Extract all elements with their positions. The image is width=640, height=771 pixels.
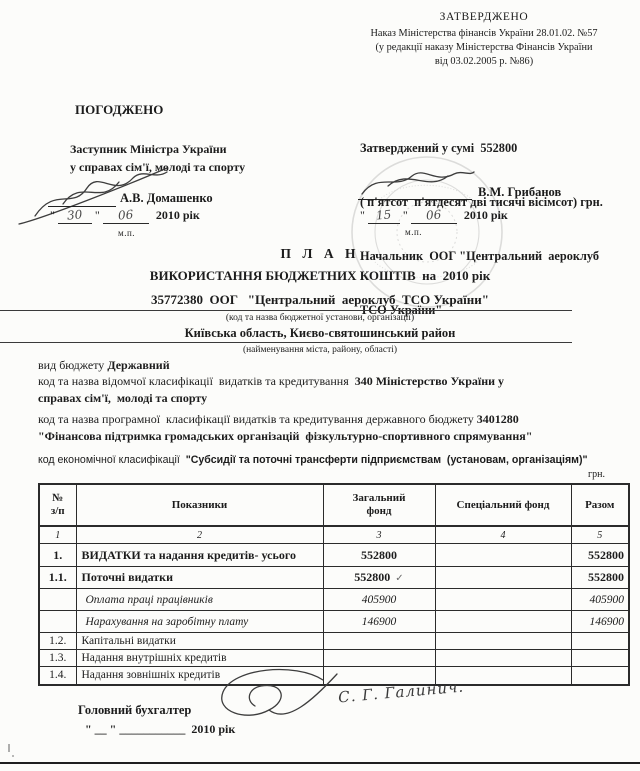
header-num-line2: з/п xyxy=(41,505,75,518)
budget-type-value: Державний xyxy=(107,358,169,372)
cell-general: 146900 xyxy=(323,611,435,633)
cell-general: 552800 xyxy=(323,544,435,567)
organization-line: 35772380 ООГ "Центральний аероклуб ТСО У… xyxy=(0,292,640,308)
agreed-position-line1: Заступник Міністра України xyxy=(70,140,245,158)
cell-indicator: Поточні видатки xyxy=(76,567,323,589)
location-line: Київська область, Києво-святошинський ра… xyxy=(0,326,640,341)
sum-month-handwritten: 06 xyxy=(426,207,442,222)
cell-num xyxy=(39,611,76,633)
col-number: 5 xyxy=(571,526,629,544)
header-general-fund: Загальний фонд xyxy=(323,484,435,526)
prog-class-value-line2: "Фінансова підтримка громадських організ… xyxy=(38,429,628,444)
cell-num-value: 1. xyxy=(53,548,62,562)
cell-num xyxy=(39,589,76,611)
cell-indicator-value: Нарахування на заробітну плату xyxy=(86,616,249,628)
sum-year-label: 2010 рік xyxy=(464,208,508,222)
quote: " xyxy=(403,208,408,222)
cell-num-value: 1.3. xyxy=(49,652,66,664)
cell-total xyxy=(571,650,629,667)
agreed-signatory-name: А.В. Домашенко xyxy=(120,191,213,206)
header-num-line1: № xyxy=(41,492,75,505)
cell-total xyxy=(571,667,629,685)
cell-total: 552800 xyxy=(571,544,629,567)
cell-general-value: 146900 xyxy=(362,616,397,628)
cell-num-value: 1.1. xyxy=(49,570,67,584)
cell-total-value: 146900 xyxy=(590,616,625,628)
header-total: Разом xyxy=(571,484,629,526)
accountant-date-line: " __ " ___________ 2010 рік xyxy=(85,722,235,737)
table-row: 1.2.Капітальні видатки xyxy=(39,633,629,650)
accountant-label: Головний бухгалтер xyxy=(78,703,191,718)
cell-total-value: 405900 xyxy=(590,594,625,606)
cell-indicator: Оплата праці працівників xyxy=(76,589,323,611)
accountant-signature xyxy=(195,666,350,724)
table-header-row: № з/п Показники Загальний фонд Спеціальн… xyxy=(39,484,629,526)
agreed-seal-label: м.п. xyxy=(118,228,135,238)
cell-special xyxy=(435,633,571,650)
quote: " xyxy=(50,208,55,222)
col-number: 4 xyxy=(435,526,571,544)
cell-num: 1.1. xyxy=(39,567,76,589)
header-special-fund: Спеціальний фонд xyxy=(435,484,571,526)
document-subtitle: ВИКОРИСТАННЯ БЮДЖЕТНИХ КОШТІВ на 2010 рі… xyxy=(0,268,640,284)
sum-signatory-name: В.М. Грибанов xyxy=(478,185,561,200)
cell-num-value: 1.2. xyxy=(49,635,66,647)
cell-general: 405900 xyxy=(323,589,435,611)
organization-caption: (код та назва бюджетної установи, органі… xyxy=(0,313,640,323)
cell-total: 405900 xyxy=(571,589,629,611)
col-number: 1 xyxy=(39,526,76,544)
cell-total xyxy=(571,633,629,650)
cell-general xyxy=(323,633,435,650)
dept-class-label: код та назва відомчої класифікації видат… xyxy=(38,374,355,388)
cell-general: 552800✓ xyxy=(323,567,435,589)
prog-class-value: 3401280 xyxy=(477,412,519,426)
cell-indicator: ВИДАТКИ та надання кредитів- усього xyxy=(76,544,323,567)
budget-type-line: вид бюджету Державний xyxy=(38,358,628,373)
cell-special xyxy=(435,567,571,589)
econ-class-label: код економічної класифікації xyxy=(38,454,186,466)
cell-num: 1.3. xyxy=(39,650,76,667)
prog-class-line: код та назва програмної класифікації вид… xyxy=(38,412,628,427)
header-indicators: Показники xyxy=(76,484,323,526)
sum-signature-line xyxy=(358,199,472,200)
currency-note: грн. xyxy=(588,469,605,480)
agreed-day-handwritten: 30 xyxy=(67,207,83,222)
cell-num: 1.2. xyxy=(39,633,76,650)
cell-special xyxy=(435,544,571,567)
sum-day-handwritten: 15 xyxy=(376,207,392,222)
budget-type-label: вид бюджету xyxy=(38,358,107,372)
sum-signature xyxy=(358,166,480,200)
header-general-fund-label: Загальний фонд xyxy=(344,492,414,518)
table-row: Оплата праці працівників405900405900 xyxy=(39,589,629,611)
cell-general-value: 552800 xyxy=(361,548,397,562)
location-caption: (найменування міста, району, області) xyxy=(0,345,640,355)
col-number: 2 xyxy=(76,526,323,544)
cell-indicator-value: Оплата праці працівників xyxy=(86,594,213,606)
agreed-year-label: 2010 рік xyxy=(156,208,200,222)
cell-indicator: Нарахування на заробітну плату xyxy=(76,611,323,633)
agreed-month-underline: 06 xyxy=(103,208,149,224)
location-rule xyxy=(0,342,572,343)
table-row: 1.1.Поточні видатки552800✓552800 xyxy=(39,567,629,589)
document-title: П Л А Н xyxy=(0,246,640,262)
column-number-row: 1 2 3 4 5 xyxy=(39,526,629,544)
header-num: № з/п xyxy=(39,484,76,526)
sum-month-underline: 06 xyxy=(411,208,457,224)
table-body: 1.ВИДАТКИ та надання кредитів- усього552… xyxy=(39,544,629,685)
cell-num: 1.4. xyxy=(39,667,76,685)
document-page: ЗАТВЕРДЖЕНО Наказ Міністерства фінансів … xyxy=(0,0,640,771)
prog-class-label: код та назва програмної класифікації вид… xyxy=(38,412,477,426)
handwritten-checkmark: ✓ xyxy=(395,573,403,584)
table-row: 1.ВИДАТКИ та надання кредитів- усього552… xyxy=(39,544,629,567)
approved-line2: (у редакції наказу Міністерства Фінансів… xyxy=(336,41,632,55)
quote: " xyxy=(95,208,100,222)
dept-class-line: код та назва відомчої класифікації видат… xyxy=(38,374,628,389)
approved-block: ЗАТВЕРДЖЕНО Наказ Міністерства фінансів … xyxy=(336,10,632,69)
cell-general-value: 552800 xyxy=(354,570,390,584)
dept-class-value-line2: справах сім'ї, молоді та спорту xyxy=(38,391,628,406)
cell-num-value: 1.4. xyxy=(49,669,66,681)
scan-speck xyxy=(12,755,14,757)
table-row: 1.3.Надання внутрішніх кредитів xyxy=(39,650,629,667)
cell-total-value: 552800 xyxy=(588,548,624,562)
cell-general xyxy=(323,650,435,667)
sum-line1: Затверджений у сумі 552800 xyxy=(360,139,603,157)
agreed-signature-line xyxy=(48,206,116,207)
cell-total-value: 552800 xyxy=(588,570,624,584)
cell-indicator-value: Надання внутрішніх кредитів xyxy=(82,652,227,664)
cell-indicator-value: Капітальні видатки xyxy=(82,635,176,647)
cell-general-value: 405900 xyxy=(362,594,397,606)
cell-special xyxy=(435,589,571,611)
cell-total: 552800 xyxy=(571,567,629,589)
scan-speck xyxy=(8,744,10,752)
scan-edge-line xyxy=(0,762,640,764)
col-number: 3 xyxy=(323,526,435,544)
cell-num: 1. xyxy=(39,544,76,567)
econ-class-value: "Субсидії та поточні трансферти підприєм… xyxy=(186,454,588,466)
agreed-month-handwritten: 06 xyxy=(118,207,134,222)
cell-indicator-value: Поточні видатки xyxy=(82,570,174,584)
quote: " xyxy=(360,208,365,222)
econ-class-line: код економічної класифікації "Субсидії т… xyxy=(38,454,628,466)
cell-special xyxy=(435,650,571,667)
approved-title: ЗАТВЕРДЖЕНО xyxy=(336,10,632,24)
cell-indicator-value: ВИДАТКИ та надання кредитів- усього xyxy=(82,548,297,562)
budget-table: № з/п Показники Загальний фонд Спеціальн… xyxy=(38,483,630,686)
org-rule xyxy=(0,310,572,311)
cell-indicator: Надання внутрішніх кредитів xyxy=(76,650,323,667)
cell-total: 146900 xyxy=(571,611,629,633)
table-row: Нарахування на заробітну плату1469001469… xyxy=(39,611,629,633)
sum-date-row: " 15 " 06 2010 рік xyxy=(360,208,508,224)
approved-line3: від 03.02.2005 р. №86) xyxy=(336,55,632,69)
sum-day-underline: 15 xyxy=(368,208,400,224)
agreed-date-row: " 30 " 06 2010 рік xyxy=(50,208,200,224)
dept-class-value: 340 Міністерство України у xyxy=(355,374,504,388)
cell-indicator: Капітальні видатки xyxy=(76,633,323,650)
agreed-title: ПОГОДЖЕНО xyxy=(75,102,163,118)
sum-seal-label: м.п. xyxy=(405,227,422,237)
cell-special xyxy=(435,611,571,633)
approved-line1: Наказ Міністерства фінансів України 28.0… xyxy=(336,27,632,41)
agreed-day-underline: 30 xyxy=(58,208,92,224)
